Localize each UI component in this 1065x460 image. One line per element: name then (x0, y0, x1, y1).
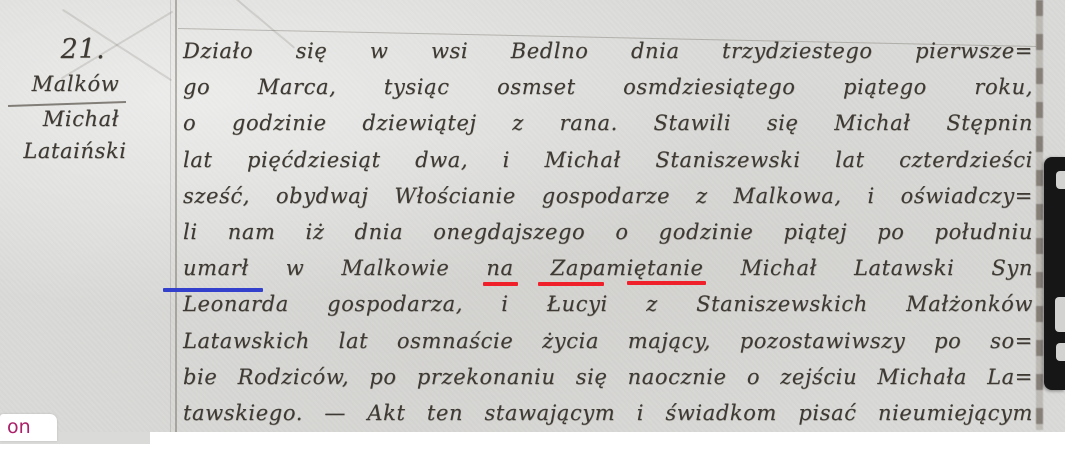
manuscript-text: Działo się w wsi Bedlno dnia trzydzieste… (183, 33, 1033, 431)
red-underline-segment-1 (483, 282, 518, 286)
toolbar-button-2[interactable] (1055, 297, 1065, 332)
manuscript-line: o godzinie dziewiątej z rana. Stawili si… (183, 105, 1033, 141)
link-preview-text: on (0, 414, 57, 440)
toolbar-button-1[interactable] (1056, 171, 1065, 189)
manuscript-line: lat pięćdziesiąt dwa, i Michał Staniszew… (183, 142, 1033, 178)
screenshot-root: 21. Malków Michał Lataiński Działo się w… (0, 0, 1065, 460)
manuscript-line: sześć, obydwaj Włościanie gospodarze z M… (183, 178, 1033, 214)
manuscript-line: li nam iż dnia onegdajszego o godzinie p… (183, 214, 1033, 250)
manuscript-line: go Marca, tysiąc osmset osmdziesiątego p… (183, 69, 1033, 105)
red-underline-segment-3 (627, 281, 706, 285)
entry-number: 21. (38, 34, 128, 65)
manuscript-line: Latawskich lat osmnaście życia mający, p… (183, 323, 1033, 359)
red-underline-segment-2 (538, 282, 604, 286)
blue-underline-umarl (163, 288, 263, 292)
margin-given-name: Michał (16, 107, 146, 131)
page-edge-shadow (1036, 0, 1043, 430)
margin-rule-line-faint (170, 0, 171, 432)
toolbar-button-3[interactable] (1056, 343, 1065, 361)
margin-surname: Lataiński (0, 139, 150, 163)
viewer-side-toolbar (1044, 157, 1065, 390)
manuscript-line: Leonarda gospodarza, i Łucyi z Staniszew… (183, 286, 1033, 322)
manuscript-line: Działo się w wsi Bedlno dnia trzydzieste… (183, 33, 1033, 69)
margin-rule-line (175, 0, 177, 432)
margin-place-name: Malków (8, 72, 143, 96)
link-preview-bubble: on (0, 414, 57, 441)
manuscript-line: umarł w Malkowie na Zapamiętanie Michał … (183, 250, 1033, 286)
manuscript-line: bie Rodziców, po przekonaniu się naoczni… (183, 359, 1033, 395)
manuscript-line: tawskiego. — Akt ten stawającym i świadk… (183, 395, 1033, 431)
